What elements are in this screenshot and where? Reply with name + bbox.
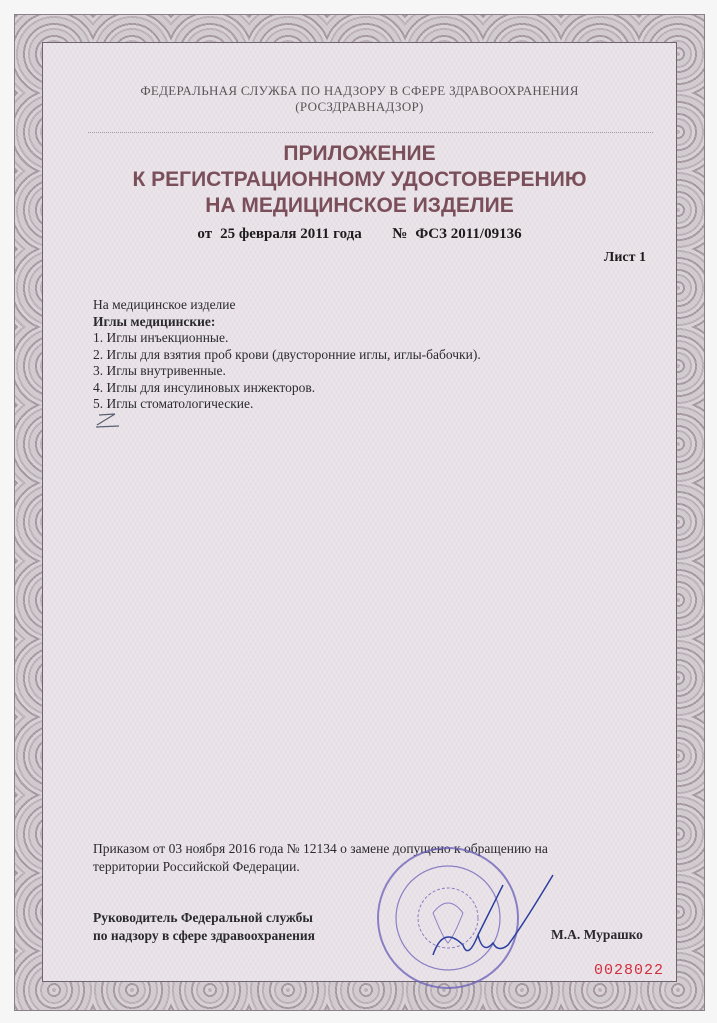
device-list: На медицинское изделие Иглы медицинские:… [93, 297, 481, 413]
list-item: 1. Иглы инъекционные. [93, 330, 481, 347]
signer-title-line-2: по надзору в сфере здравоохранения [93, 927, 315, 945]
signer-title: Руководитель Федеральной службы по надзо… [93, 909, 315, 945]
order-line-1: Приказом от 03 ноября 2016 года № 12134 … [93, 840, 613, 858]
signer-name: М.А. Мурашко [551, 927, 643, 943]
sheet-number: Лист 1 [604, 250, 646, 266]
document-subtitle-1: К РЕГИСТРАЦИОННОМУ УДОСТОВЕРЕНИЮ [43, 166, 676, 194]
registration-line: от25 февраля 2011 года №ФСЗ 2011/09136 [43, 226, 676, 243]
number-sign: № [392, 226, 407, 242]
end-mark-icon [93, 411, 123, 431]
agency-abbreviation: (РОСЗДРАВНАДЗОР) [43, 99, 676, 115]
list-item: 3. Иглы внутривенные. [93, 363, 481, 380]
list-item: 4. Иглы для инсулиновых инжекторов. [93, 380, 481, 397]
date-prefix: от [197, 226, 212, 242]
serial-number: 0028022 [594, 962, 664, 979]
divider [88, 132, 653, 133]
document-subtitle-2: НА МЕДИЦИНСКОЕ ИЗДЕЛИЕ [43, 192, 676, 220]
list-item: 5. Иглы стоматологические. [93, 396, 481, 413]
certificate-page: ФЕДЕРАЛЬНАЯ СЛУЖБА ПО НАДЗОРУ В СФЕРЕ ЗД… [42, 42, 677, 982]
registration-number: ФСЗ 2011/09136 [415, 226, 521, 242]
signature-icon [423, 865, 563, 965]
agency-name: ФЕДЕРАЛЬНАЯ СЛУЖБА ПО НАДЗОРУ В СФЕРЕ ЗД… [43, 83, 676, 99]
device-heading: Иглы медицинские: [93, 314, 481, 331]
device-intro: На медицинское изделие [93, 297, 481, 314]
list-item: 2. Иглы для взятия проб крови (двусторон… [93, 347, 481, 364]
document-title: ПРИЛОЖЕНИЕ [43, 140, 676, 168]
registration-date: 25 февраля 2011 года [220, 226, 362, 242]
signer-title-line-1: Руководитель Федеральной службы [93, 909, 315, 927]
